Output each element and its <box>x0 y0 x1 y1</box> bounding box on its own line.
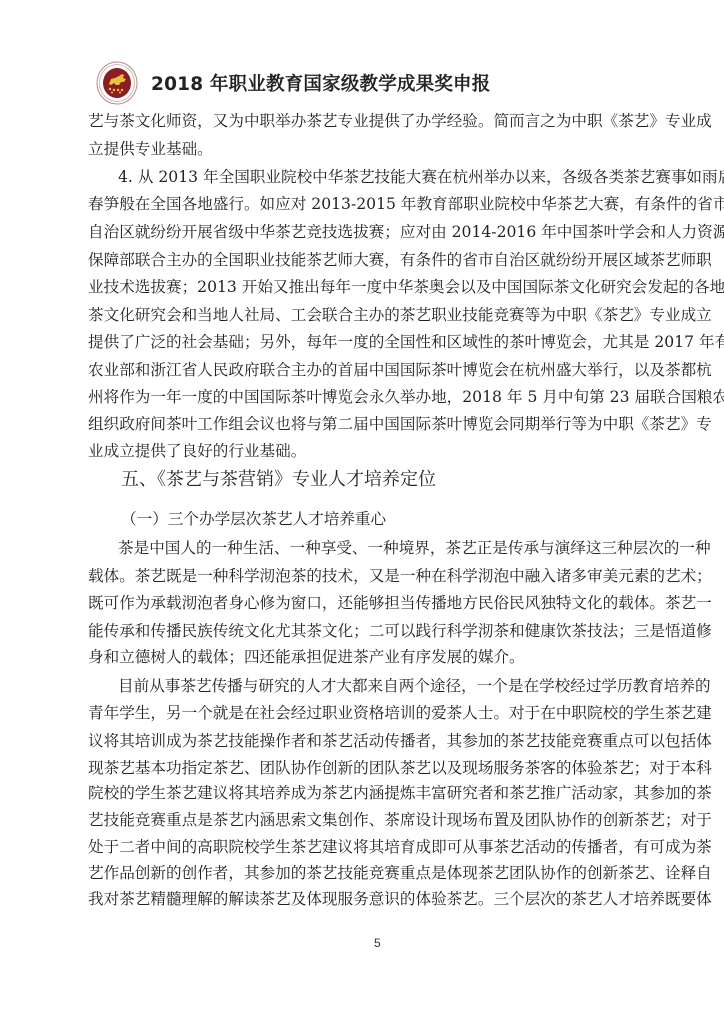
subsection-heading: （一）三个办学层次茶艺人才培养重心 <box>121 509 386 529</box>
paragraph-line: 业技术选拔赛；2013 开始又推出每年一度中华茶奥会以及中国国际茶文化研究会发起… <box>88 277 696 297</box>
paragraph-line: 目前从事茶艺传播与研究的人才大都来自两个途径，一个是在学校经过学历教育培养的 <box>118 676 696 696</box>
paragraph-line: 保障部联合主办的全国职业技能茶艺师大赛，有条件的省市自治区就纷纷开展区域茶艺师职 <box>88 250 696 270</box>
paragraph-line: 4. 从 2013 年全国职业院校中华茶艺技能大赛在杭州举办以来，各级各类茶艺赛… <box>118 167 696 187</box>
paragraph-line: 艺作品创新的创作者，其参加的茶艺技能竞赛重点是体现茶艺团队协作的创新茶艺、诠释自 <box>88 863 696 883</box>
paragraph-line: 院校的学生茶艺建议将其培养成为茶艺内涵提炼丰富研究者和茶艺推广活动家，其参加的茶 <box>88 783 696 803</box>
paragraph-line: 提供了广泛的社会基础；另外，每年一度的全国性和区域性的茶叶博览会，尤其是 201… <box>88 332 696 352</box>
paragraph-line: 春笋般在全国各地盛行。如应对 2013-2015 年教育部职业院校中华茶艺大赛，… <box>88 194 696 214</box>
paragraph-line: 茶是中国人的一种生活、一种享受、一种境界，茶艺正是传承与演绎这三种层次的一种 <box>118 538 696 558</box>
paragraph-line: 身和立德树人的载体；四还能承担促进茶产业有序发展的媒介。 <box>88 647 696 667</box>
paragraph-line: 既可作为承载沏泡者身心修为窗口，还能够担当传播地方民俗民风独特文化的载体。茶艺一 <box>88 593 696 613</box>
paragraph-line: 业成立提供了良好的行业基础。 <box>88 441 696 461</box>
paragraph-line: 茶文化研究会和当地人社局、工会联合主办的茶艺职业技能竞赛等为中职《茶艺》专业成立 <box>88 305 696 325</box>
paragraph-line: 能传承和传播民族传统文化尤其茶文化；二可以践行科学沏茶和健康饮茶技法；三是悟道修 <box>88 621 696 641</box>
header-title: 2018 年职业教育国家级教学成果奖申报 <box>151 70 490 96</box>
paragraph-line: 艺与茶文化师资，又为中职举办茶艺专业提供了办学经验。简而言之为中职《茶艺》专业成 <box>88 111 696 131</box>
paragraph-line: 载体。茶艺既是一种科学沏泡茶的技术，又是一种在科学沏泡中融入诸多审美元素的艺术； <box>88 566 696 586</box>
paragraph-line: 农业部和浙江省人民政府联合主办的首届中国国际茶叶博览会在杭州盛大举行，以及茶都杭 <box>88 360 696 380</box>
paragraph-line: 艺技能竞赛重点是茶艺内涵思索文集创作、茶席设计现场布置及团队协作的创新茶艺；对于 <box>88 810 696 830</box>
paragraph-line: 现茶艺基本功指定茶艺、团队协作创新的团队茶艺以及现场服务茶客的体验茶艺；对于本科 <box>88 758 696 778</box>
school-emblem-horse-icon <box>96 61 138 105</box>
paragraph-line: 青年学生，另一个就是在社会经过职业资格培训的爱茶人士。对于在中职院校的学生茶艺建 <box>88 703 696 723</box>
page-number: 5 <box>374 936 381 950</box>
document-page: 2018 年职业教育国家级教学成果奖申报 艺与茶文化师资，又为中职举办茶艺专业提… <box>0 0 724 1024</box>
paragraph-line: 我对茶艺精髓理解的解读茶艺及体现服务意识的体验茶艺。三个层次的茶艺人才培养既要体 <box>88 889 696 909</box>
paragraph-line: 州将作为一年一度的中国国际茶叶博览会永久举办地，2018 年 5 月中旬第 23… <box>88 387 696 407</box>
paragraph-line: 立提供专业基础。 <box>88 139 696 159</box>
paragraph-line: 自治区就纷纷开展省级中华茶艺竞技选拔赛；应对由 2014-2016 年中国茶叶学… <box>88 222 696 242</box>
page-header: 2018 年职业教育国家级教学成果奖申报 <box>96 61 656 105</box>
paragraph-line: 处于二者中间的高职院校学生茶艺建议将其培育成即可从事茶艺活动的传播者，有可成为茶 <box>88 837 696 857</box>
paragraph-line: 组织政府间茶叶工作组会议也将与第二届中国国际茶叶博览会同期举行等为中职《茶艺》专 <box>88 414 696 434</box>
section-heading: 五、《茶艺与茶营销》专业人才培养定位 <box>121 469 436 491</box>
paragraph-line: 议将其培训成为茶艺技能操作者和茶艺活动传播者，其参加的茶艺技能竞赛重点可以包括体 <box>88 731 696 751</box>
